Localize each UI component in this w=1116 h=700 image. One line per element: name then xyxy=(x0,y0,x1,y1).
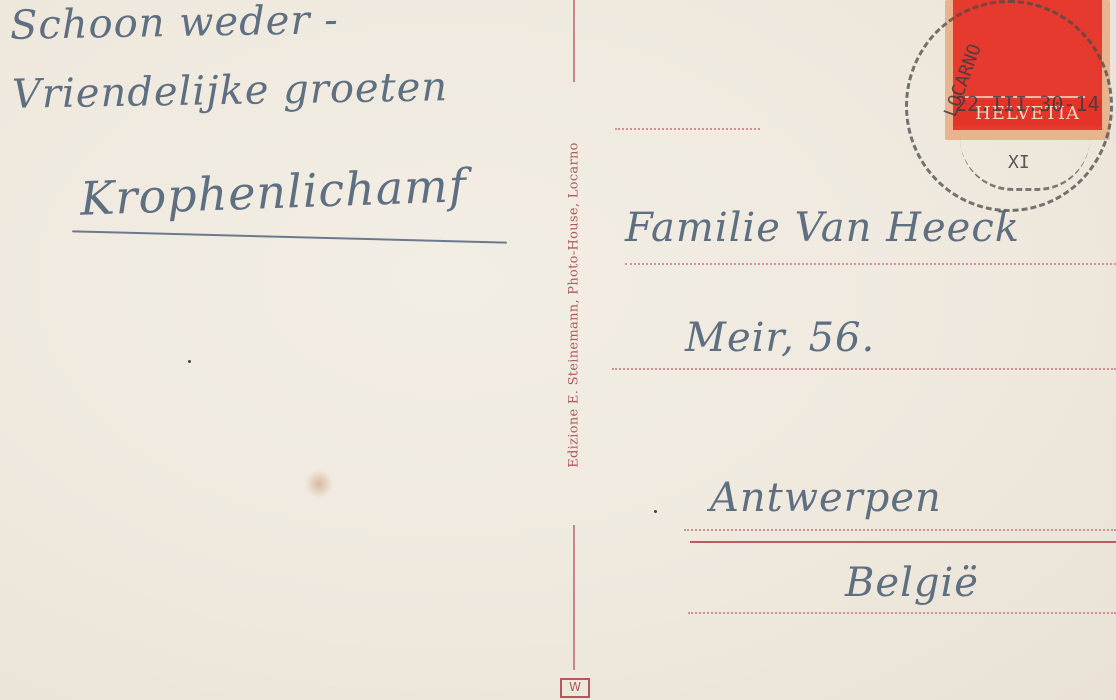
ink-dot xyxy=(654,510,657,513)
address-line-2: Meir, 56. xyxy=(685,315,875,361)
publisher-imprint: Edizione E. Steinemann, Photo-House, Loc… xyxy=(567,142,582,468)
address-dotted-line-4 xyxy=(684,529,1116,531)
ink-dot xyxy=(188,360,191,363)
signature: Krophenlichamf xyxy=(79,158,468,225)
address-dotted-line-2 xyxy=(625,263,1116,265)
address-solid-line xyxy=(690,541,1116,543)
paper-stain xyxy=(305,470,333,498)
message-line-1: Schoon weder - xyxy=(10,0,340,49)
message-line-2: Vriendelijke groeten xyxy=(12,64,449,118)
postmark-code: XI xyxy=(1008,152,1030,173)
address-dotted-line-1 xyxy=(615,128,760,130)
divider-line-top xyxy=(573,0,575,82)
divider-line-bottom xyxy=(573,525,575,670)
publisher-logo-icon: W xyxy=(560,678,590,698)
address-dotted-line-5 xyxy=(688,612,1116,614)
address-line-3: Antwerpen xyxy=(710,475,942,521)
postmark-date: 22.III.30-14 xyxy=(955,92,1100,116)
address-line-1: Familie Van Heeck xyxy=(625,205,1020,251)
address-line-4: België xyxy=(845,560,979,606)
address-dotted-line-3 xyxy=(612,368,1116,370)
signature-underline xyxy=(72,230,507,243)
postcard-back: Schoon weder - Vriendelijke groeten Krop… xyxy=(0,0,1116,700)
